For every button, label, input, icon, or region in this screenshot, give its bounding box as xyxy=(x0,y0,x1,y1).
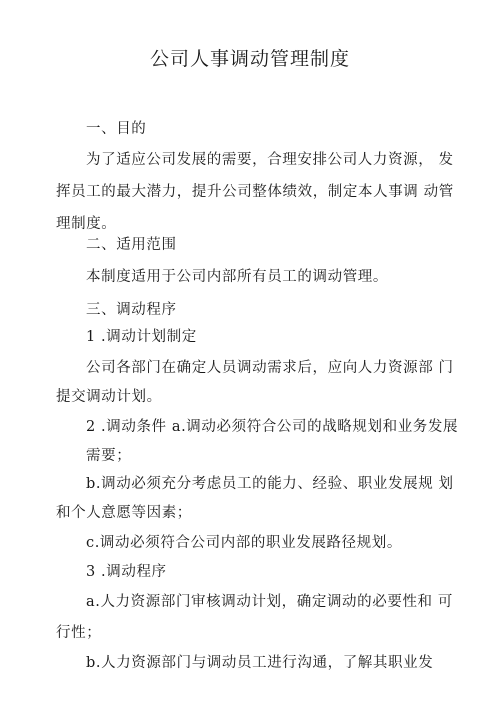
list-item: c.调动必须符合公司内部的职业发展路径规划。 xyxy=(86,531,402,552)
paragraph-line: 挥员工的最大潜力，提升公司整体绩效，制定本人事调 动管 xyxy=(56,180,454,201)
paragraph-line: 需要； xyxy=(86,444,131,465)
paragraph-line: 理制度。 xyxy=(56,212,116,233)
list-item: b.人力资源部门与调动员工进行沟通，了解其职业发 xyxy=(86,651,433,672)
section-heading-scope: 二、适用范围 xyxy=(86,233,177,254)
list-item: b.调动必须充分考虑员工的能力、经验、职业发展规 划 xyxy=(86,472,454,493)
paragraph-line: 行性； xyxy=(56,621,101,642)
subsection-heading: 3 .调动程序 xyxy=(86,560,167,581)
document-page: 公司人事调动管理制度 一、目的 为了适应公司发展的需要，合理安排公司人力资源， … xyxy=(0,0,500,728)
document-title: 公司人事调动管理制度 xyxy=(0,44,500,71)
paragraph-line: 公司各部门在确定人员调动需求后，应向人力资源部 门 xyxy=(86,356,454,377)
subsection-heading: 2 .调动条件 a.调动必须符合公司的战略规划和业务发展 xyxy=(86,415,458,436)
subsection-heading: 1 .调动计划制定 xyxy=(86,325,197,346)
section-heading-purpose: 一、目的 xyxy=(86,117,146,138)
paragraph-line: 提交调动计划。 xyxy=(56,385,162,406)
paragraph-line: 为了适应公司发展的需要，合理安排公司人力资源， 发 xyxy=(86,148,454,169)
list-item: a.人力资源部门审核调动计划，确定调动的必要性和 可 xyxy=(86,590,453,611)
paragraph-line: 和个人意愿等因素； xyxy=(56,501,192,522)
section-heading-procedure: 三、调动程序 xyxy=(86,298,177,319)
paragraph-line: 本制度适用于公司内部所有员工的调动管理。 xyxy=(86,265,388,286)
